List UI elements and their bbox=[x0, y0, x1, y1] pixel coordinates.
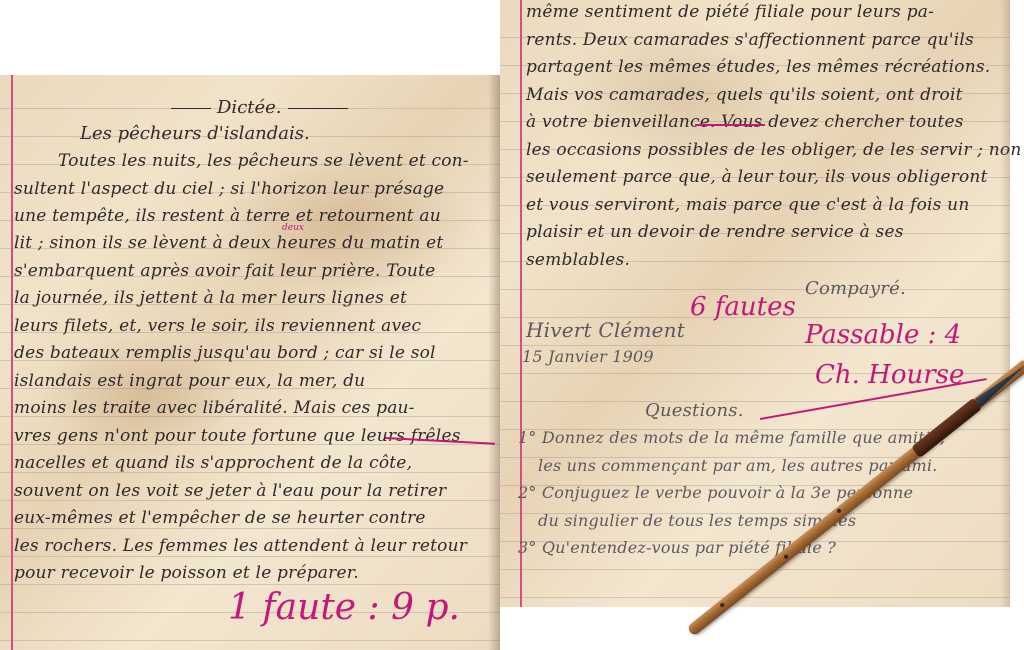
text-line: rents. Deux camarades s'affectionnent pa… bbox=[526, 30, 974, 50]
text-line: même sentiment de piété filiale pour leu… bbox=[526, 2, 934, 22]
title-text: Dictée. bbox=[217, 97, 282, 118]
text-line: seulement parce que, à leur tour, ils vo… bbox=[526, 167, 988, 187]
right-notebook-page: même sentiment de piété filiale pour leu… bbox=[500, 0, 1010, 607]
text-line: la journée, ils jettent à la mer leurs l… bbox=[14, 288, 407, 308]
dictation-grade: 1 faute : 9 p. bbox=[228, 587, 460, 628]
text-line: pour recevoir le poisson et le préparer. bbox=[14, 563, 359, 583]
question-line: 1° Donnez des mots de la même famille qu… bbox=[518, 428, 945, 447]
text-line: et vous serviront, mais parce que c'est … bbox=[526, 195, 969, 215]
student-name: Hivert Clément bbox=[526, 318, 685, 342]
pen-spot bbox=[836, 508, 842, 514]
text-line: leurs filets, et, vers le soir, ils revi… bbox=[14, 316, 421, 336]
text-line: Toutes les nuits, les pêcheurs se lèvent… bbox=[58, 151, 469, 171]
margin-line bbox=[11, 75, 13, 650]
text-line: s'embarquent après avoir fait leur prièr… bbox=[14, 261, 435, 281]
dictation-subtitle: Les pêcheurs d'islandais. bbox=[80, 123, 310, 144]
text-line: vres gens n'ont pour toute fortune que l… bbox=[14, 426, 461, 446]
text-line: une tempête, ils restent à terre et reto… bbox=[14, 206, 441, 226]
text-line: souvent on les voit se jeter à l'eau pou… bbox=[14, 481, 446, 501]
grade: Passable : 4 bbox=[805, 320, 961, 350]
text-line: lit ; sinon ils se lèvent à deux heures … bbox=[14, 233, 443, 253]
date: 15 Janvier 1909 bbox=[522, 347, 654, 366]
text-line: des bateaux remplis jusqu'au bord ; car … bbox=[14, 343, 436, 363]
pen-spot bbox=[783, 554, 789, 560]
text-line: islandais est ingrat pour eux, la mer, d… bbox=[14, 371, 365, 391]
correction-underline bbox=[695, 124, 765, 126]
title-rule bbox=[288, 108, 348, 109]
dictation-title: Dictée. bbox=[165, 97, 354, 118]
question-line: les uns commençant par am, les autres pa… bbox=[538, 456, 937, 475]
question-line: du singulier de tous les temps simples bbox=[538, 511, 856, 530]
error-count: 6 fautes bbox=[690, 292, 796, 322]
text-line: les rochers. Les femmes les attendent à … bbox=[14, 536, 467, 556]
questions-title: Questions. bbox=[645, 400, 744, 421]
correction-superscript: deux bbox=[282, 223, 304, 233]
author-attribution: Compayré. bbox=[805, 278, 906, 299]
text-line: nacelles et quand ils s'approchent de la… bbox=[14, 453, 412, 473]
text-line: semblables. bbox=[526, 250, 630, 270]
text-line: plaisir et un devoir de rendre service à… bbox=[526, 222, 904, 242]
text-line: les occasions possibles de les obliger, … bbox=[526, 140, 1022, 160]
text-line: à votre bienveillance. Vous devez cherch… bbox=[526, 112, 964, 132]
text-line: eux-mêmes et l'empêcher de se heurter co… bbox=[14, 508, 426, 528]
text-line: Mais vos camarades, quels qu'ils soient,… bbox=[526, 85, 963, 105]
left-notebook-page: Dictée. Les pêcheurs d'islandais. Toutes… bbox=[0, 75, 500, 650]
text-line: moins les traite avec libéralité. Mais c… bbox=[14, 398, 415, 418]
title-rule bbox=[171, 108, 211, 109]
text-line: sultent l'aspect du ciel ; si l'horizon … bbox=[14, 179, 444, 199]
pen-spot bbox=[719, 602, 725, 608]
margin-line bbox=[520, 0, 522, 607]
text-line: partagent les mêmes études, les mêmes ré… bbox=[526, 57, 990, 77]
